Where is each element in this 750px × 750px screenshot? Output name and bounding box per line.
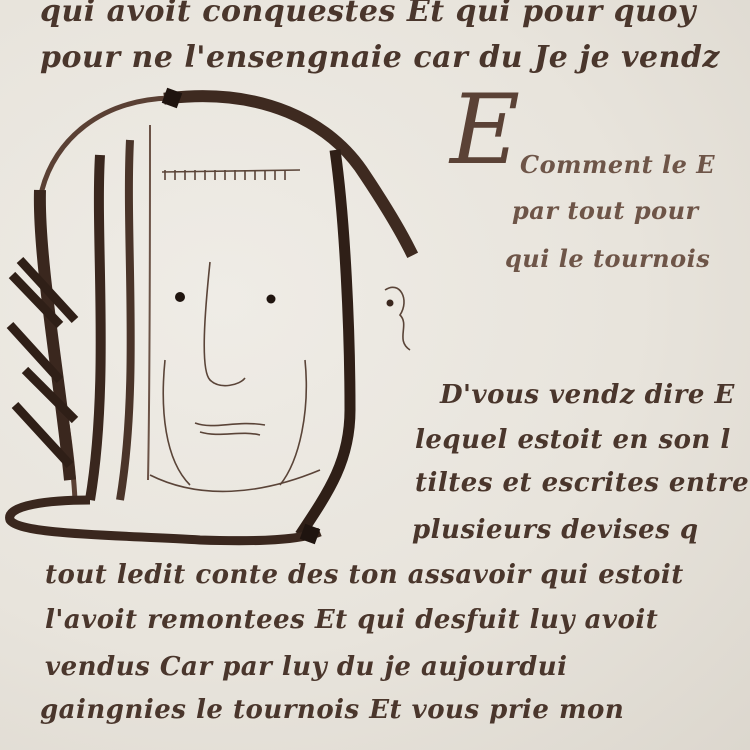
text-line-bottom-2: l'avoit remontees Et qui desfuit luy avo… [45,605,658,635]
heading-initial-letter: E [450,82,520,178]
manuscript-page: qui avoit conquestes Et qui pour quoy po… [0,0,750,750]
knot-top [162,88,183,109]
heading-line-3: qui le tournois [505,244,710,273]
right-eye [267,295,276,304]
text-line-right-2: lequel estoit en son l [415,425,731,455]
left-eye [175,292,185,302]
text-line-right-1: D'vous vendz dire E [440,380,735,410]
initial-d-bottom-loop [10,500,320,541]
profile-eye [387,300,394,307]
face-drawing [150,170,410,491]
initial-d-right-stroke [300,150,350,535]
text-line-right-4: plusieurs devises q [412,515,699,545]
historiated-initial-d [0,80,430,560]
text-line-bottom-4: gaingnies le tournois Et vous prie mon [40,695,624,725]
heading-line-1: Comment le E [520,150,715,179]
text-line-bottom-1: tout ledit conte des ton assavoir qui es… [45,560,684,590]
initial-d-top-stroke [170,96,410,250]
text-line-right-3: tiltes et escrites entre [415,468,749,498]
text-line-bottom-3: vendus Car par luy du je aujourdui [45,652,568,682]
text-line-top-1: qui avoit conquestes Et qui pour quoy [40,0,696,29]
heading-line-2: par tout pour [512,196,699,225]
text-line-top-2: pour ne l'ensengnaie car du Je je vendz [40,40,720,75]
